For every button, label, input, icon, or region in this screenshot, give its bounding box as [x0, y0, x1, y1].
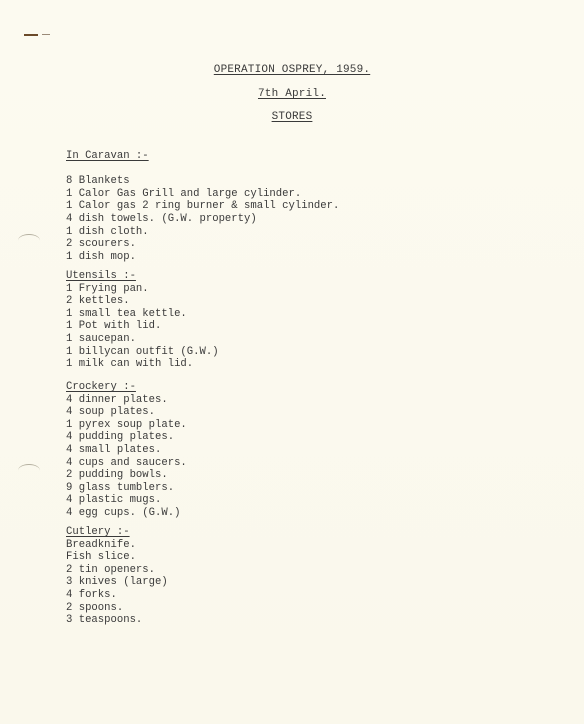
list-item: 3 teaspoons. — [66, 614, 168, 627]
list-item: 1 dish mop. — [66, 251, 339, 264]
margin-dash — [24, 34, 38, 36]
document-subtitle: STORES — [0, 111, 584, 123]
list-item: 1 Calor Gas Grill and large cylinder. — [66, 188, 339, 201]
list-item: 1 Calor gas 2 ring burner & small cylind… — [66, 200, 339, 213]
list-item: 1 pyrex soup plate. — [66, 419, 187, 432]
document-title: OPERATION OSPREY, 1959. — [0, 64, 584, 76]
list-item: 9 glass tumblers. — [66, 482, 187, 495]
section-utensils: Utensils :- 1 Frying pan. 2 kettles. 1 s… — [66, 270, 219, 371]
list-item: Fish slice. — [66, 551, 168, 564]
list-item: 3 knives (large) — [66, 576, 168, 589]
list-item: 1 billycan outfit (G.W.) — [66, 346, 219, 359]
section-heading: Utensils :- — [66, 270, 219, 283]
section-heading: In Caravan :- — [66, 150, 339, 163]
document-page: OPERATION OSPREY, 1959. 7th April. STORE… — [0, 0, 584, 724]
list-item: 4 forks. — [66, 589, 168, 602]
list-item: 4 cups and saucers. — [66, 457, 187, 470]
list-item: 2 scourers. — [66, 238, 339, 251]
margin-mark — [24, 34, 54, 36]
list-item: 4 egg cups. (G.W.) — [66, 507, 187, 520]
section-crockery: Crockery :- 4 dinner plates. 4 soup plat… — [66, 381, 187, 520]
list-item: 8 Blankets — [66, 175, 339, 188]
list-item: 4 small plates. — [66, 444, 187, 457]
list-item: 4 dish towels. (G.W. property) — [66, 213, 339, 226]
list-item: 4 pudding plates. — [66, 431, 187, 444]
list-item: 1 saucepan. — [66, 333, 219, 346]
list-item: 4 dinner plates. — [66, 394, 187, 407]
list-item: 1 dish cloth. — [66, 226, 339, 239]
document-date: 7th April. — [0, 88, 584, 100]
list-item: 4 soup plates. — [66, 406, 187, 419]
list-item: 2 kettles. — [66, 295, 219, 308]
list-item: 1 milk can with lid. — [66, 358, 219, 371]
section-heading: Cutlery :- — [66, 526, 168, 539]
list-item: 4 plastic mugs. — [66, 494, 187, 507]
list-item: 1 Frying pan. — [66, 283, 219, 296]
document-date-text: 7th April. — [258, 88, 326, 100]
document-title-text: OPERATION OSPREY, 1959. — [214, 64, 370, 76]
punch-hole-mark — [18, 234, 40, 247]
list-item: 2 spoons. — [66, 602, 168, 615]
list-item: 1 Pot with lid. — [66, 320, 219, 333]
punch-hole-mark — [18, 464, 40, 477]
list-item: 2 tin openers. — [66, 564, 168, 577]
section-in-caravan: In Caravan :- 8 Blankets 1 Calor Gas Gri… — [66, 150, 339, 263]
list-item: 1 small tea kettle. — [66, 308, 219, 321]
margin-dash — [42, 34, 50, 35]
list-item: 2 pudding bowls. — [66, 469, 187, 482]
section-cutlery: Cutlery :- Breadknife. Fish slice. 2 tin… — [66, 526, 168, 627]
list-item: Breadknife. — [66, 539, 168, 552]
document-subtitle-text: STORES — [272, 111, 313, 123]
section-heading: Crockery :- — [66, 381, 187, 394]
